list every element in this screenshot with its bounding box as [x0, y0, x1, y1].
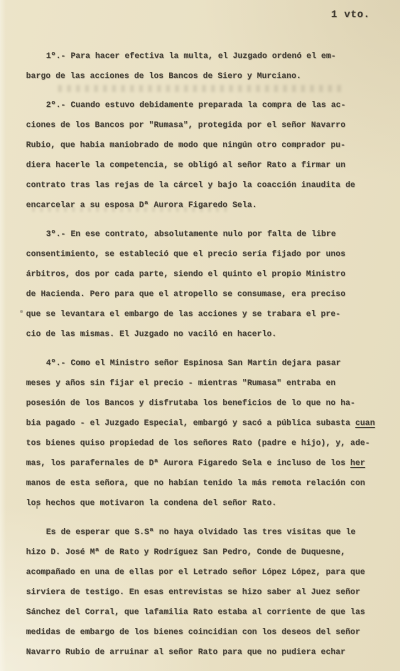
- text-line: ciones de los Bancos por "Rumasa", prote…: [26, 116, 382, 136]
- text-line: árbitros, dos por cada parte, siendo el …: [26, 265, 382, 285]
- text-line: meses y años sin fijar el precio - mient…: [26, 374, 382, 394]
- text-line: 1º.- Para hacer efectiva la multa, el Ju…: [26, 47, 382, 67]
- text-line: los hechos que motivaron la condena del …: [26, 494, 382, 514]
- text-line: 4º.- Como el Ministro señor Espinosa San…: [26, 354, 382, 374]
- text-line: que se levantara el embargo de las accio…: [26, 305, 382, 325]
- text-line: 3º.- En ese contrato, absolutamente nulo…: [26, 225, 382, 245]
- ink-speck: [20, 310, 23, 313]
- folio-number: 1 vto.: [331, 10, 370, 21]
- text-line: Sánchez del Corral, que lafamilia Rato e…: [26, 603, 382, 623]
- paragraph-4: 4º.- Como el Ministro señor Espinosa San…: [26, 354, 382, 514]
- text-line: manos de esta señora, que no habían teni…: [26, 474, 382, 494]
- document-text: 1º.- Para hacer efectiva la multa, el Ju…: [26, 47, 382, 671]
- text-line: bargo de las acciones de los Bancos de S…: [26, 67, 382, 87]
- text-line: de Hacienda. Pero para que el atropello …: [26, 285, 382, 305]
- text-line: encarcelar a su esposa Dª Aurora Figared…: [26, 196, 382, 216]
- text-line: cio de las mismas. El Juzgado no vaciló …: [26, 325, 382, 345]
- text-line: bia pagado - el Juzgado Especial, embarg…: [26, 414, 382, 434]
- text-line: medidas de embargo de los bienes coincid…: [26, 623, 382, 643]
- text-line: contrato tras las rejas de la cárcel y b…: [26, 176, 382, 196]
- text-line: tos bienes quiso propiedad de los señore…: [26, 434, 382, 454]
- text-line: sirviera de testigo. En esas entrevistas…: [26, 583, 382, 603]
- text-line: diera hacerle la competencia, se obligó …: [26, 156, 382, 176]
- text-line: Rubio, que habia maniobrado de modo que …: [26, 136, 382, 156]
- text-line: 2º.- Cuando estuvo debidamente preparada…: [26, 96, 382, 116]
- paragraph-2: 2º.- Cuando estuvo debidamente preparada…: [26, 96, 382, 216]
- document-page: 1 vto. 1º.- Para hacer efectiva la multa…: [0, 0, 400, 671]
- paragraph-3: 3º.- En ese contrato, absolutamente nulo…: [26, 225, 382, 345]
- text-line: hizo D. José Mª de Rato y Rodríguez San …: [26, 543, 382, 563]
- text-line: acompañado en una de ellas por el Letrad…: [26, 563, 382, 583]
- hyphenation-underline: cuan: [355, 419, 375, 428]
- text-line: posesión de los Bancos y disfrutaba los …: [26, 394, 382, 414]
- text-line: Es de esperar que S.Sª no haya olvidado …: [26, 523, 382, 543]
- paragraph-5: Es de esperar que S.Sª no haya olvidado …: [26, 523, 382, 663]
- text-line: consentimiento, se estableció que el pre…: [26, 245, 382, 265]
- text-line: Navarro Rubio de arruinar al señor Rato …: [26, 643, 382, 663]
- text-line: mas, los parafernales de Dª Aurora Figar…: [26, 454, 382, 474]
- hyphenation-underline: her: [350, 459, 365, 468]
- paragraph-1: 1º.- Para hacer efectiva la multa, el Ju…: [26, 47, 382, 87]
